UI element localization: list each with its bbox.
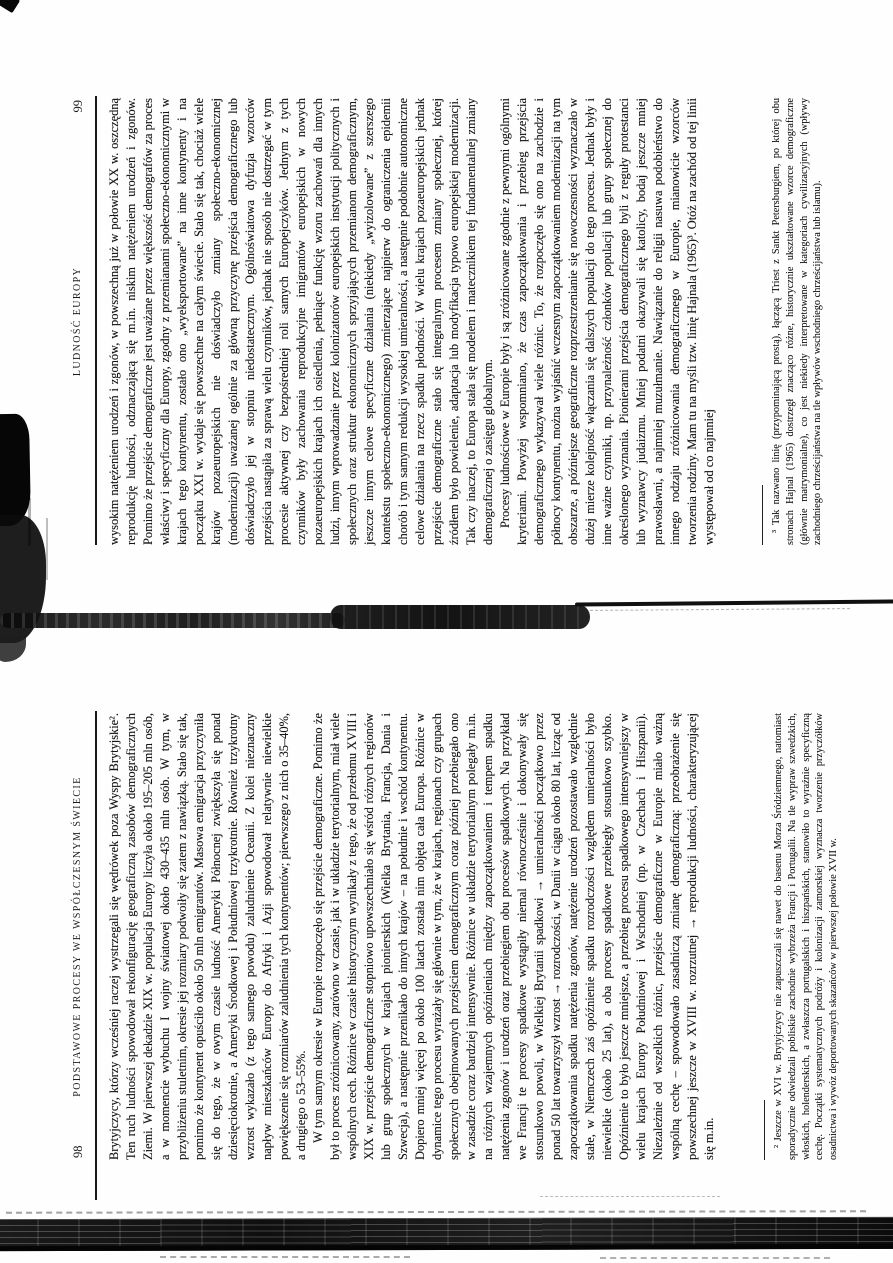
paragraph: wysokim natężeniem urodzeń i zgonów, w p… — [106, 98, 497, 545]
page-98: 98 PODSTAWOWE PROCESY WE WSPÓŁCZESNYM ŚW… — [0, 713, 893, 1160]
page-98-footnote: ² Jeszcze w XVI w. Brytyjczycy nie zapus… — [772, 713, 841, 1160]
page-99-running-head: LUDNOŚĆ EUROPY 99 — [72, 98, 88, 545]
page-98-body: Brytyjczycy, którzy wcześniej raczej wys… — [106, 713, 718, 1160]
footnote-text: ³ Tak nazwano linię (przypominającą pros… — [770, 98, 825, 545]
paragraph: W tym samym okresie w Europie rozpoczęło… — [310, 713, 718, 1160]
page-99-body: wysokim natężeniem urodzeń i zgonów, w p… — [106, 98, 718, 545]
page-99-footnote: ³ Tak nazwano linię (przypominającą pros… — [770, 98, 825, 545]
header-rule-98 — [95, 711, 97, 1200]
header-rule-99 — [95, 96, 97, 545]
rotated-spread: 98 PODSTAWOWE PROCESY WE WSPÓŁCZESNYM ŚW… — [0, 0, 893, 1263]
page-99: LUDNOŚĆ EUROPY 99 wysokim natężeniem uro… — [0, 98, 893, 545]
footnote-text: ² Jeszcze w XVI w. Brytyjczycy nie zapus… — [772, 713, 841, 1160]
page-number-98: 98 — [71, 1146, 86, 1159]
page-98-running-head: 98 PODSTAWOWE PROCESY WE WSPÓŁCZESNYM ŚW… — [72, 713, 88, 1160]
paragraph: Procesy ludnościowe w Europie były i są … — [497, 98, 718, 545]
running-title-99: LUDNOŚĆ EUROPY — [72, 267, 83, 376]
scanned-book-screenshot: 98 PODSTAWOWE PROCESY WE WSPÓŁCZESNYM ŚW… — [0, 0, 893, 1263]
page-number-99: 99 — [71, 100, 86, 113]
footnote-rule-99 — [762, 485, 763, 545]
footnote-rule-98 — [764, 1100, 765, 1160]
running-title-98: PODSTAWOWE PROCESY WE WSPÓŁCZESNYM ŚWIEC… — [72, 776, 83, 1096]
paragraph: Brytyjczycy, którzy wcześniej raczej wys… — [106, 713, 310, 1160]
